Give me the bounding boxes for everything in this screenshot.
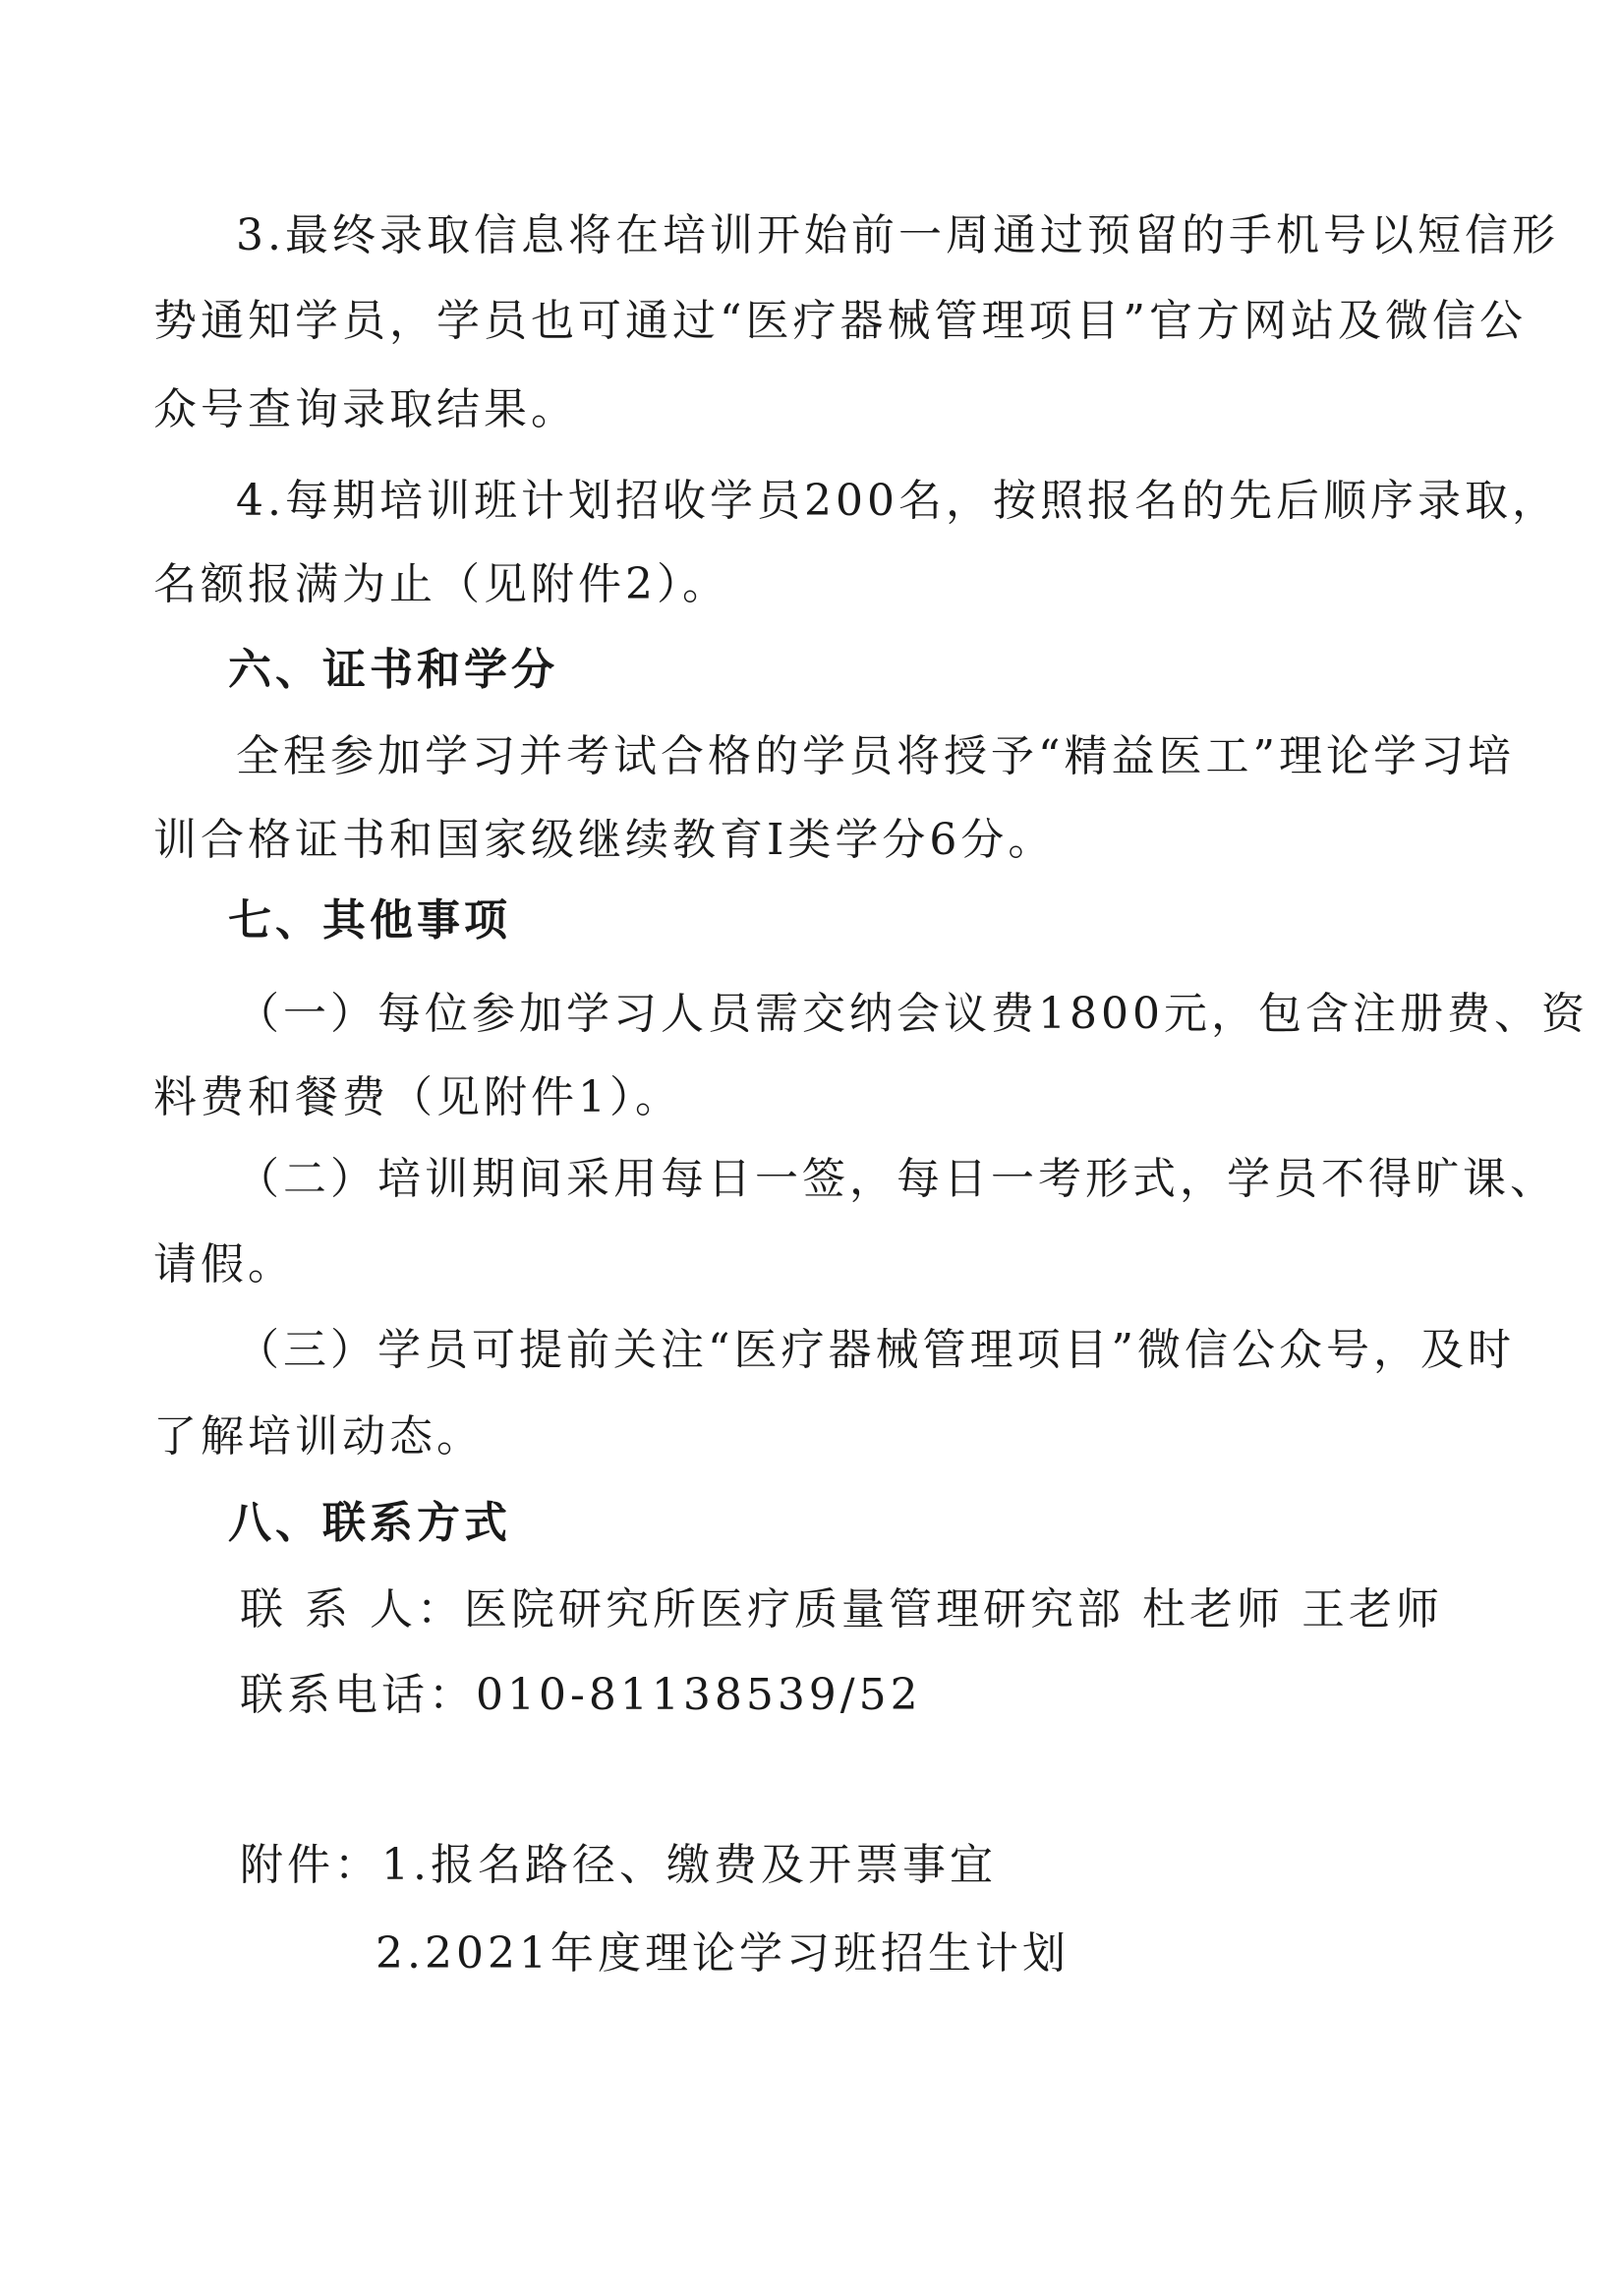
section-7-heading: 七、其他事项 (228, 893, 1545, 948)
section-7-item-3-line-2: 了解培训动态。 (153, 1409, 1471, 1464)
section-7-item-1-line-2: 料费和餐费（见附件1）。 (153, 1070, 1471, 1125)
paragraph-3-line-3: 众号查询录取结果。 (153, 382, 1471, 437)
contact-phone: 联系电话：010-81138539/52 (240, 1668, 1557, 1723)
section-8-heading: 八、联系方式 (228, 1496, 1545, 1551)
paragraph-3-line-1: 3.最终录取信息将在培训开始前一周通过预留的手机号以短信形 (236, 208, 1553, 263)
section-7-item-2-line-2: 请假。 (153, 1237, 1471, 1292)
paragraph-3-line-2: 势通知学员，学员也可通过“医疗器械管理项目”官方网站及微信公 (153, 294, 1471, 349)
section-6-heading: 六、证书和学分 (228, 643, 1545, 698)
section-6-line-2: 训合格证书和国家级继续教育Ⅰ类学分6分。 (153, 813, 1471, 868)
attachment-1: 附件：1.报名路径、缴费及开票事宜 (240, 1838, 1557, 1893)
section-7-item-1-line-1: （一）每位参加学习人员需交纳会议费1800元，包含注册费、资 (236, 987, 1553, 1042)
section-7-item-2-line-1: （二）培训期间采用每日一签，每日一考形式，学员不得旷课、 (236, 1152, 1553, 1207)
paragraph-4-line-1: 4.每期培训班计划招收学员200名，按照报名的先后顺序录取， (236, 474, 1553, 529)
section-7-item-3-line-1: （三）学员可提前关注“医疗器械管理项目”微信公众号，及时 (236, 1323, 1553, 1378)
paragraph-4-line-2: 名额报满为止（见附件2）。 (153, 557, 1471, 612)
section-6-line-1: 全程参加学习并考试合格的学员将授予“精益医工”理论学习培 (236, 729, 1553, 784)
attachment-2: 2.2021年度理论学习班招生计划 (376, 1926, 1620, 1981)
contact-person: 联 系 人：医院研究所医疗质量管理研究部 杜老师 王老师 (240, 1582, 1557, 1637)
